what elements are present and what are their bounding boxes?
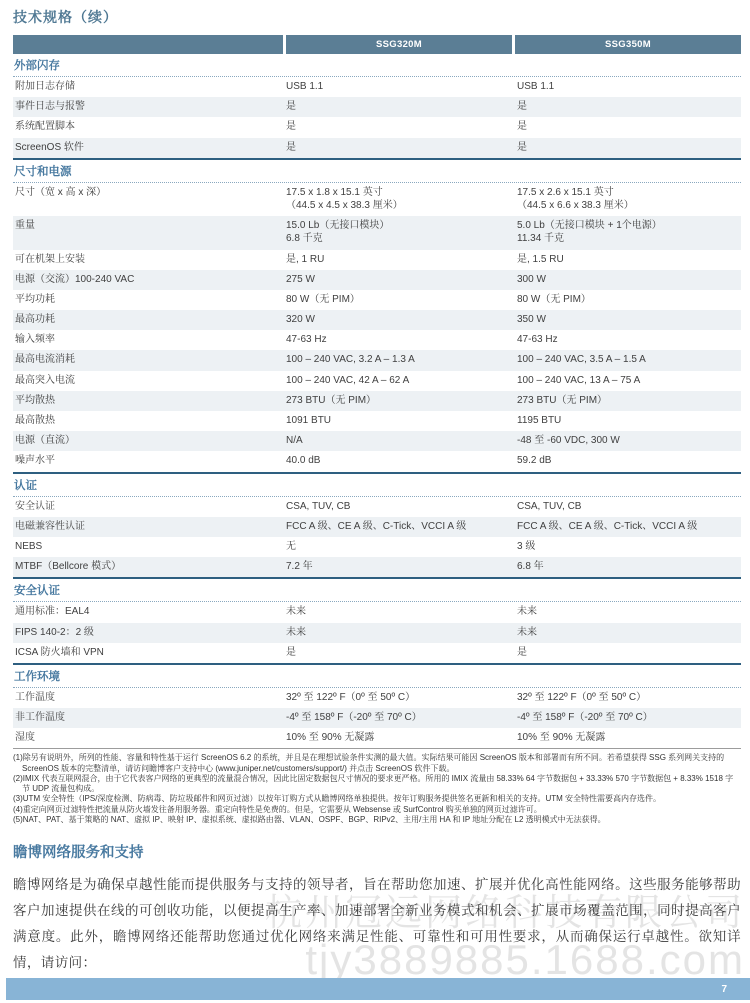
row-label: ICSA 防火墙和 VPN xyxy=(13,646,286,659)
footnote: (5)NAT、PAT、基于策略的 NAT、虚拟 IP、映射 IP、虚拟系统、虚拟… xyxy=(13,815,741,825)
value-ssg320m: 80 W（无 PIM） xyxy=(286,293,517,306)
services-body: 瞻博网络是为确保卓越性能而提供服务与支持的领导者，旨在帮助您加速、扩展并优化高性… xyxy=(13,872,741,976)
value-ssg320m: 15.0 Lb（无接口模块） 6.8 千克 xyxy=(286,219,517,245)
table-row: ScreenOS 软件是是 xyxy=(13,138,741,158)
table-row: 事件日志与报警是是 xyxy=(13,97,741,117)
row-label: 平均功耗 xyxy=(13,293,286,306)
table-row: 非工作温度-4º 至 158º F（-20º 至 70º C）-4º 至 158… xyxy=(13,708,741,728)
value-ssg320m: 10% 至 90% 无凝露 xyxy=(286,731,517,744)
value-ssg320m: 40.0 dB xyxy=(286,454,517,467)
row-label: 电源（直流） xyxy=(13,434,286,447)
row-label: 电源（交流）100-240 VAC xyxy=(13,273,286,286)
value-ssg320m: 32º 至 122º F（0º 至 50º C） xyxy=(286,691,517,704)
value-ssg350m: 是 xyxy=(517,100,741,113)
value-ssg320m: 是 xyxy=(286,120,517,133)
value-ssg320m: 是 xyxy=(286,141,517,154)
value-ssg350m: 32º 至 122º F（0º 至 50º C） xyxy=(517,691,741,704)
value-ssg320m: 100 – 240 VAC, 42 A – 62 A xyxy=(286,374,517,387)
row-label: 噪声水平 xyxy=(13,454,286,467)
row-label: ScreenOS 软件 xyxy=(13,141,286,154)
value-ssg350m: 100 – 240 VAC, 3.5 A – 1.5 A xyxy=(517,353,741,366)
table-row: 平均散热273 BTU（无 PIM）273 BTU（无 PIM） xyxy=(13,391,741,411)
table-row: NEBS无3 级 xyxy=(13,537,741,557)
value-ssg350m: 未来 xyxy=(517,626,741,639)
value-ssg350m: CSA, TUV, CB xyxy=(517,500,741,513)
value-ssg350m: 350 W xyxy=(517,313,741,326)
table-row: 最高散热1091 BTU1195 BTU xyxy=(13,411,741,431)
row-label: 湿度 xyxy=(13,731,286,744)
row-label: 通用标准：EAL4 xyxy=(13,605,286,618)
row-label: 非工作温度 xyxy=(13,711,286,724)
value-ssg350m: 80 W（无 PIM） xyxy=(517,293,741,306)
value-ssg350m: 100 – 240 VAC, 13 A – 75 A xyxy=(517,374,741,387)
value-ssg320m: 275 W xyxy=(286,273,517,286)
spec-section: 工作环境工作温度32º 至 122º F（0º 至 50º C）32º 至 12… xyxy=(13,663,741,749)
table-row: 重量15.0 Lb（无接口模块） 6.8 千克5.0 Lb（无接口模块 + 1个… xyxy=(13,216,741,249)
row-label: 输入频率 xyxy=(13,333,286,346)
table-row: 电源（交流）100-240 VAC275 W300 W xyxy=(13,270,741,290)
footnote: (2)IMIX 代表互联网混合，由于它代表客户网络的更典型的流量混合情况，因此比… xyxy=(13,774,741,794)
page-title: 技术规格（续） xyxy=(13,7,741,27)
row-label: 最高散热 xyxy=(13,414,286,427)
row-label: 附加日志存储 xyxy=(13,80,286,93)
row-label: 最高电流消耗 xyxy=(13,353,286,366)
value-ssg320m: FCC A 级、CE A 级、C-Tick、VCCI A 级 xyxy=(286,520,517,533)
table-row: 安全认证CSA, TUV, CBCSA, TUV, CB xyxy=(13,497,741,517)
value-ssg320m: 100 – 240 VAC, 3.2 A – 1.3 A xyxy=(286,353,517,366)
value-ssg350m: 300 W xyxy=(517,273,741,286)
value-ssg320m: 320 W xyxy=(286,313,517,326)
table-row: 附加日志存储USB 1.1USB 1.1 xyxy=(13,77,741,97)
services-heading: 瞻博网络服务和支持 xyxy=(13,841,741,862)
value-ssg350m: FCC A 级、CE A 级、C-Tick、VCCI A 级 xyxy=(517,520,741,533)
value-ssg350m: 10% 至 90% 无凝露 xyxy=(517,731,741,744)
spec-section: 安全认证通用标准：EAL4未来未来FIPS 140-2：2 级未来未来ICSA … xyxy=(13,577,741,663)
table-row: 噪声水平40.0 dB59.2 dB xyxy=(13,451,741,471)
table-row: MTBF（Bellcore 模式）7.2 年6.8 年 xyxy=(13,557,741,577)
table-row: 最高突入电流100 – 240 VAC, 42 A – 62 A100 – 24… xyxy=(13,371,741,391)
value-ssg350m: 1195 BTU xyxy=(517,414,741,427)
value-ssg320m: 是 xyxy=(286,100,517,113)
value-ssg320m: USB 1.1 xyxy=(286,80,517,93)
row-label: FIPS 140-2：2 级 xyxy=(13,626,286,639)
value-ssg320m: 47-63 Hz xyxy=(286,333,517,346)
table-row: 电源（直流）N/A-48 至 -60 VDC, 300 W xyxy=(13,431,741,451)
column-header-ssg320m: SSG320M xyxy=(286,35,512,54)
section-title: 认证 xyxy=(13,474,741,497)
value-ssg320m: 1091 BTU xyxy=(286,414,517,427)
table-row: 最高功耗320 W350 W xyxy=(13,310,741,330)
table-row: 湿度10% 至 90% 无凝露10% 至 90% 无凝露 xyxy=(13,728,741,748)
table-row: ICSA 防火墙和 VPN是是 xyxy=(13,643,741,663)
value-ssg350m: USB 1.1 xyxy=(517,80,741,93)
table-row: 平均功耗80 W（无 PIM）80 W（无 PIM） xyxy=(13,290,741,310)
row-label: 重量 xyxy=(13,219,286,245)
spec-section: 尺寸和电源尺寸（宽 x 高 x 深）17.5 x 1.8 x 15.1 英寸 （… xyxy=(13,158,741,472)
value-ssg350m: 是, 1.5 RU xyxy=(517,253,741,266)
footnote: (3)UTM 安全特性（IPS/深度检测、防病毒、防垃圾邮件和网页过滤）以按年订… xyxy=(13,794,741,804)
value-ssg350m: 273 BTU（无 PIM） xyxy=(517,394,741,407)
value-ssg350m: 59.2 dB xyxy=(517,454,741,467)
value-ssg320m: 未来 xyxy=(286,605,517,618)
row-label: 平均散热 xyxy=(13,394,286,407)
value-ssg320m: 273 BTU（无 PIM） xyxy=(286,394,517,407)
value-ssg320m: -4º 至 158º F（-20º 至 70º C） xyxy=(286,711,517,724)
table-row: 系统配置脚本是是 xyxy=(13,117,741,137)
row-label: 电磁兼容性认证 xyxy=(13,520,286,533)
value-ssg350m: 是 xyxy=(517,120,741,133)
value-ssg320m: 无 xyxy=(286,540,517,553)
row-label: 可在机架上安装 xyxy=(13,253,286,266)
table-row: 输入频率47-63 Hz47-63 Hz xyxy=(13,330,741,350)
table-row: 电磁兼容性认证FCC A 级、CE A 级、C-Tick、VCCI A 级FCC… xyxy=(13,517,741,537)
value-ssg350m: 47-63 Hz xyxy=(517,333,741,346)
page-number: 7 xyxy=(721,984,750,995)
row-label: 最高突入电流 xyxy=(13,374,286,387)
row-label: NEBS xyxy=(13,540,286,553)
footnote: (1)除另有说明外，所列的性能、容量和特性基于运行 ScreenOS 6.2 的… xyxy=(13,753,741,773)
value-ssg350m: -48 至 -60 VDC, 300 W xyxy=(517,434,741,447)
table-row: 通用标准：EAL4未来未来 xyxy=(13,602,741,622)
table-row: 尺寸（宽 x 高 x 深）17.5 x 1.8 x 15.1 英寸 （44.5 … xyxy=(13,183,741,216)
spec-section: 认证安全认证CSA, TUV, CBCSA, TUV, CB电磁兼容性认证FCC… xyxy=(13,472,741,578)
value-ssg350m: 是 xyxy=(517,646,741,659)
footnote: (4)重定向网页过滤特性把流量从防火墙发往备用服务器。重定向特性是免费的。但是，… xyxy=(13,805,741,815)
section-title: 工作环境 xyxy=(13,665,741,688)
footer-bar: 7 xyxy=(6,978,750,1000)
table-sections: 外部闪存附加日志存储USB 1.1USB 1.1事件日志与报警是是系统配置脚本是… xyxy=(13,54,741,748)
section-title: 安全认证 xyxy=(13,579,741,602)
section-title: 外部闪存 xyxy=(13,54,741,77)
table-row: 最高电流消耗100 – 240 VAC, 3.2 A – 1.3 A100 – … xyxy=(13,350,741,370)
column-header-blank xyxy=(13,35,283,54)
table-row: 可在机架上安装是, 1 RU是, 1.5 RU xyxy=(13,250,741,270)
row-label: 事件日志与报警 xyxy=(13,100,286,113)
value-ssg320m: CSA, TUV, CB xyxy=(286,500,517,513)
value-ssg350m: 未来 xyxy=(517,605,741,618)
value-ssg350m: 是 xyxy=(517,141,741,154)
value-ssg350m: 5.0 Lb（无接口模块 + 1个电源） 11.34 千克 xyxy=(517,219,741,245)
table-row: 工作温度32º 至 122º F（0º 至 50º C）32º 至 122º F… xyxy=(13,688,741,708)
value-ssg320m: 未来 xyxy=(286,626,517,639)
value-ssg350m: -4º 至 158º F（-20º 至 70º C） xyxy=(517,711,741,724)
value-ssg320m: 是 xyxy=(286,646,517,659)
row-label: 系统配置脚本 xyxy=(13,120,286,133)
row-label: 最高功耗 xyxy=(13,313,286,326)
spec-table: SSG320M SSG350M 外部闪存附加日志存储USB 1.1USB 1.1… xyxy=(13,35,741,749)
value-ssg320m: 7.2 年 xyxy=(286,560,517,573)
spec-section: 外部闪存附加日志存储USB 1.1USB 1.1事件日志与报警是是系统配置脚本是… xyxy=(13,54,741,158)
row-label: MTBF（Bellcore 模式） xyxy=(13,560,286,573)
row-label: 尺寸（宽 x 高 x 深） xyxy=(13,186,286,212)
page-content: 技术规格（续） SSG320M SSG350M 外部闪存附加日志存储USB 1.… xyxy=(0,7,750,1002)
table-row: FIPS 140-2：2 级未来未来 xyxy=(13,623,741,643)
table-header-row: SSG320M SSG350M xyxy=(13,35,741,54)
section-title: 尺寸和电源 xyxy=(13,160,741,183)
value-ssg350m: 3 级 xyxy=(517,540,741,553)
value-ssg350m: 6.8 年 xyxy=(517,560,741,573)
value-ssg320m: 是, 1 RU xyxy=(286,253,517,266)
column-header-ssg350m: SSG350M xyxy=(515,35,741,54)
value-ssg350m: 17.5 x 2.6 x 15.1 英寸 （44.5 x 6.6 x 38.3 … xyxy=(517,186,741,212)
value-ssg320m: N/A xyxy=(286,434,517,447)
row-label: 安全认证 xyxy=(13,500,286,513)
footnotes: (1)除另有说明外，所列的性能、容量和特性基于运行 ScreenOS 6.2 的… xyxy=(13,753,741,825)
row-label: 工作温度 xyxy=(13,691,286,704)
value-ssg320m: 17.5 x 1.8 x 15.1 英寸 （44.5 x 4.5 x 38.3 … xyxy=(286,186,517,212)
